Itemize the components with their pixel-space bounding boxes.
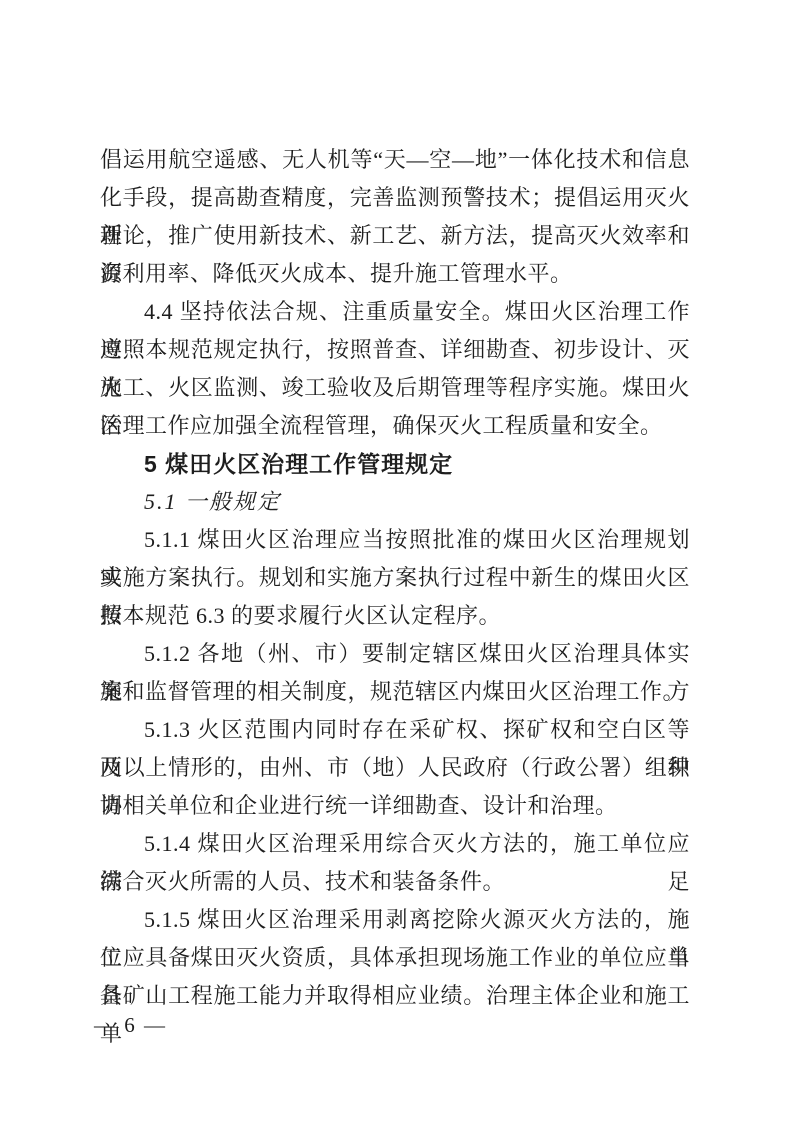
text-line: 施工、火区监测、竣工验收及后期管理等程序实施。煤田火区 [100,369,690,407]
text-line: 调相关单位和企业进行统一详细勘查、设计和治理。 [100,787,690,825]
subsection-heading: 5.1 一般规定 [100,483,690,521]
section-heading-5: 5 煤田火区治理工作管理规定 [100,445,690,483]
document-page: 倡运用航空遥感、无人机等“天—空—地”一体化技术和信息 化手段，提高勘查精度，完… [0,0,793,1122]
text-line: 备矿山工程施工能力并取得相应业绩。治理主体企业和施工单 [100,977,690,1015]
text-line: 实施方案执行。规划和实施方案执行过程中新生的煤田火区按 [100,559,690,597]
text-line: 遵照本规范规定执行，按照普查、详细勘查、初步设计、灭火 [100,331,690,369]
paragraph-5-1-3: 5.1.3 火区范围内同时存在采矿权、探矿权和空白区等两种 及以上情形的，由州、… [100,711,690,825]
text-line: 案和监督管理的相关制度，规范辖区内煤田火区治理工作。 [100,673,690,711]
page-number: — 6 — [94,1013,167,1037]
paragraph-4-4: 4.4 坚持依法合规、注重质量安全。煤田火区治理工作应 遵照本规范规定执行，按照… [100,293,690,445]
text-line: 理论，推广使用新技术、新工艺、新方法，提高灭火效率和资 [100,217,690,255]
text-line: 源利用率、降低灭火成本、提升施工管理水平。 [100,255,690,293]
text-line: 照本规范 6.3 的要求履行火区认定程序。 [100,597,690,635]
text-line: 及以上情形的，由州、市（地）人民政府（行政公署）组织协 [100,749,690,787]
paragraph-5-1-4: 5.1.4 煤田火区治理采用综合灭火方法的，施工单位应满足 综合灭火所需的人员、… [100,825,690,901]
text-line: 4.4 坚持依法合规、注重质量安全。煤田火区治理工作应 [100,293,690,331]
subsection-heading-5-1: 5.1 一般规定 [100,483,690,521]
text-line: 5.1.3 火区范围内同时存在采矿权、探矿权和空白区等两种 [100,711,690,749]
text-line: 倡运用航空遥感、无人机等“天—空—地”一体化技术和信息 [100,141,690,179]
text-line: 治理工作应加强全流程管理，确保灭火工程质量和安全。 [100,407,690,445]
page-footer: — 6 — [94,1006,167,1044]
text-line: 5.1.5 煤田火区治理采用剥离挖除火源灭火方法的，施工单 [100,901,690,939]
paragraph-4-3-continued: 倡运用航空遥感、无人机等“天—空—地”一体化技术和信息 化手段，提高勘查精度，完… [100,141,690,293]
text-line: 5.1.4 煤田火区治理采用综合灭火方法的，施工单位应满足 [100,825,690,863]
text-line: 位应具备煤田灭火资质，具体承担现场施工作业的单位应当具 [100,939,690,977]
section-heading: 5 煤田火区治理工作管理规定 [100,445,690,483]
text-line: 化手段，提高勘查精度，完善监测预警技术；提倡运用灭火新 [100,179,690,217]
paragraph-5-1-5: 5.1.5 煤田火区治理采用剥离挖除火源灭火方法的，施工单 位应具备煤田灭火资质… [100,901,690,1015]
text-line: 5.1.2 各地（州、市）要制定辖区煤田火区治理具体实施方 [100,635,690,673]
text-line: 5.1.1 煤田火区治理应当按照批准的煤田火区治理规划或 [100,521,690,559]
paragraph-5-1-2: 5.1.2 各地（州、市）要制定辖区煤田火区治理具体实施方 案和监督管理的相关制… [100,635,690,711]
paragraph-5-1-1: 5.1.1 煤田火区治理应当按照批准的煤田火区治理规划或 实施方案执行。规划和实… [100,521,690,635]
document-body: 倡运用航空遥感、无人机等“天—空—地”一体化技术和信息 化手段，提高勘查精度，完… [100,141,690,1015]
